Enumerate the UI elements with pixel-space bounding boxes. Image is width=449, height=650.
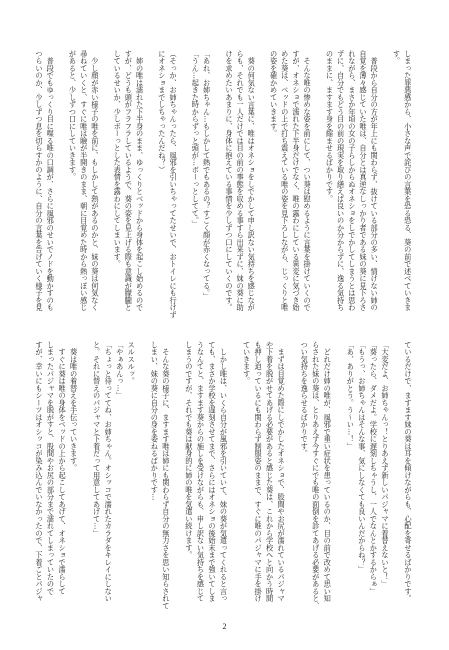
- text-column: しまい、妹の葵に自分の身を委ねるばかりです…: [149, 341, 160, 609]
- text-column: ているだけで、ますます妹の葵は耳を傾けながらも、心配を寄せるばかりです。: [403, 341, 414, 609]
- text-column: [334, 341, 345, 609]
- text-column: しかし唯は、いくら自分が風邪を引いていて、妹の葵が気遣ってくれると言っ: [219, 341, 230, 609]
- text-column: しまうのですが、それでも葵は献身的に姉の唯を気遣い続けます。: [184, 341, 195, 609]
- text-column: しまったパジャマを脱がすと、股間やお尻の部分まで濡れてしまっていたので: [46, 341, 57, 609]
- text-column: [313, 50, 324, 320]
- text-column: ていきます。: [242, 341, 253, 609]
- text-column: 少し顔が赤い様子の唯を前に、もしかして熱があるのかと、妹の葵は何気なく: [90, 50, 101, 320]
- text-column: [380, 50, 391, 320]
- text-column: があると、少しずつ口にしていきます。: [68, 50, 79, 320]
- text-column: そんな唯の惨めな姿を前にして、つい葵は慰めるように言葉を掛けていくので: [302, 50, 313, 320]
- text-column: ずに、自分でもどう目の前の現実を取り繕えば良いのか分からずに、逸る気持ち: [336, 50, 347, 320]
- text-column: つい気持ちを逸らせるばかりです。: [299, 341, 310, 609]
- text-column: [101, 50, 112, 320]
- text-column: にオネショまでしちゃったんだね？）: [157, 50, 168, 320]
- text-column: 「うん…起きた時からずっと頭が…ボーっとしてて。」: [190, 50, 201, 320]
- text-column: スルスルッ。: [126, 341, 137, 609]
- text-column: [213, 50, 224, 320]
- text-column: 尋ねていくと、すぐに唯は瞼が半開きのまま、朝に目覚めた時から熱っぽい感じ: [79, 50, 90, 320]
- text-column: まずは目覚めた際にしでかしたオネショで、股間やお尻が濡れているパジャマ: [276, 341, 287, 609]
- text-column: 「あ、ありがとう。う～い…！」: [345, 341, 356, 609]
- text-column: す。: [392, 50, 403, 320]
- text-column: 普段でもゆっくり目に喋る唯の口調が、さらに風邪のせいでノドを動かすのも: [45, 50, 56, 320]
- text-column: [179, 50, 190, 320]
- text-column: [230, 341, 241, 609]
- text-column: うなんてと、ますます葵からの施しを受けながらも、申し訳ない気持ちを感じて: [195, 341, 206, 609]
- text-column: 普段から自分の方が年上にも関わらず、抜けている部分の多い、情けない姉の: [369, 50, 380, 320]
- text-column: 「葵ったら、ダメだよ。学校に遅刻しちゃうし、一人でなんとかするからぁ」: [368, 341, 379, 609]
- lower-text-block: ているだけで、ますます妹の葵は耳を傾けながらも、心配を寄せるばかりです。 「大変…: [34, 341, 414, 609]
- text-column: 姉の唯は濡れた下半身のまま、ゆっくりとベッドから身体を起こし始めるので: [135, 50, 146, 320]
- text-column: すが、どうも頭がフラフラしているようで、葵の姿を見上げる際も意識が朦朧と: [123, 50, 134, 320]
- text-column: れながら、まさか年頃の女の子らしからぬオネショをしでかしてしまうとは思わ: [347, 50, 358, 320]
- text-column: [138, 341, 149, 609]
- text-column: と。それに替えのパジャマと下着だって用意してあげて…」: [92, 341, 103, 609]
- text-column: 自覚を薄々感じていた唯は、自分とは真逆なしっかり者である妹の葵に見下ろさ: [358, 50, 369, 320]
- text-column: 「あれ、お姉ちゃん…もしかして熱でもあるの？すごく顔が赤くなってる。」: [202, 50, 213, 320]
- text-column: [391, 341, 402, 609]
- text-column: けを求めたいあまりに、身体に抱えている事情を少しずつ口にしていくのです。: [224, 50, 235, 320]
- text-column: らも、それでも一人だけでは目の前の事態を収める事すら出来ずに、妹の葵に助: [235, 50, 246, 320]
- text-column: すぐに葵は唯の身体をベッドの上から起こしてあげて、オネショで濡らして: [57, 341, 68, 609]
- text-column: しているせいか、少しボーっとした表情を露わにしてしまいます。: [112, 50, 123, 320]
- text-column: すが、幸いにもシーツはオシッコが染み込んでいなかったので、下着ごとパジャ: [34, 341, 45, 609]
- text-column: [172, 341, 183, 609]
- text-column: [56, 50, 67, 320]
- text-column: や下着を脱がせてあげる必要があると感じた葵は、これから学校へと向かう時間: [265, 341, 276, 609]
- text-column: 葵の何気ない言葉に、唯はオネショをしでかして申し訳ない気持ちを感じなが: [246, 50, 257, 320]
- text-column: どれだけ姉の唯が、風邪で重い症状を患っているのか、目の前で改めて思い知: [322, 341, 333, 609]
- document-page: しまった罪悪感から、小さな声で詫びの言葉を恐る恐る、葵の前で述べていきま す。 …: [0, 0, 449, 650]
- text-column: すが、オネショで濡れた下半身だけでなく、唯の露わにしている異変に気づき始: [291, 50, 302, 320]
- text-column: [80, 341, 91, 609]
- text-column: 「大変だよ、お姉ちゃんっ！とりあえず新しいパジャマに着替えないと！」: [380, 341, 391, 609]
- text-column: ても、まさか学校を遅刻させてまで、さらにはオネショの後始末まで強いてしま: [207, 341, 218, 609]
- text-column: つらいのか、少しずつ息を切らすかのように、自分の言葉を告げていく様子を見: [34, 50, 45, 320]
- text-column: （そっか、お姉ちゃんったら、風邪を引いちゃってたせいで、おトイレにも行けず: [168, 50, 179, 320]
- text-column: 「やぁあんっ…」: [115, 341, 126, 609]
- text-column: [146, 50, 157, 320]
- text-column: の姿を確かめていきます。: [269, 50, 280, 320]
- text-column: のままに、ますます身を縮ませるばかりです。: [324, 50, 335, 320]
- text-column: そんな葵の様子に、ますます唯は姉にも関わらず自分の無力さを思い知らされて: [161, 341, 172, 609]
- text-column: 「ちょっと待っててね、お姉ちゃん。オシッコで濡れたカラダをキレイにしない: [103, 341, 114, 609]
- text-column: も押し迫っているにも関わらず制服姿のままで、すぐに唯のパジャマに手を掛け: [253, 341, 264, 609]
- upper-text-block: しまった罪悪感から、小さな声で詫びの言葉を恐る恐る、葵の前で述べていきま す。 …: [34, 50, 414, 320]
- text-column: めた葵は、ベッドの上で打ち震えている唯の姿を見下ろしながら、じっくりと唯: [280, 50, 291, 320]
- text-column: しまった罪悪感から、小さな声で詫びの言葉を恐る恐る、葵の前で述べていきま: [403, 50, 414, 320]
- page-number: 2: [0, 622, 449, 632]
- text-column: らされた妹の葵は、とりあえず今すぐにでも唯の面倒を診てあげる必要があると、: [311, 341, 322, 609]
- text-column: 葵は唯の着替えを手伝っていきます。: [69, 341, 80, 609]
- text-column: [288, 341, 299, 609]
- text-column: [257, 50, 268, 320]
- text-column: 「もうっ、お姉ちゃんはそんな事、気にしなくても良いんだからね？」: [357, 341, 368, 609]
